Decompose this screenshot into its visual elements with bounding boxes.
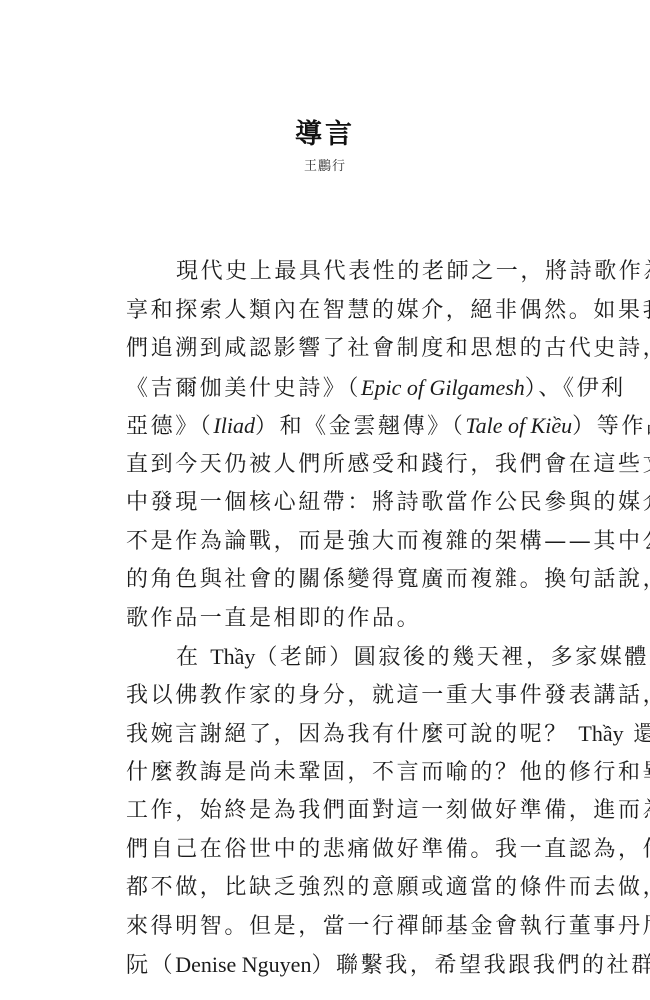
text-run: 享和探索人類內在智慧的媒介，絕非偶然。如果我	[126, 298, 650, 323]
paragraph-1: 現代史上最具代表性的老師之一，將詩歌作為分 享和探索人類內在智慧的媒介，絕非偶然…	[126, 253, 586, 638]
text-run: 們自己在俗世中的悲痛做好準備。我一直認為，什麼	[126, 837, 650, 862]
text-line: 什麼教誨是尚未鞏固，不言而喻的？他的修行和畢生	[126, 754, 586, 793]
text-line: 現代史上最具代表性的老師之一，將詩歌作為分	[126, 253, 586, 292]
chapter-title: 導言	[0, 118, 650, 152]
text-line: 的角色與社會的關係變得寬廣而複雜。換句話說，詩	[126, 561, 586, 600]
text-run: 《吉爾伽美什史詩》（	[126, 376, 361, 401]
text-run: 都不做，比缺乏強烈的意願或適當的條件而去做，要	[126, 875, 650, 900]
text-run: 在	[176, 645, 210, 670]
text-run: 們追溯到咸認影響了社會制度和思想的古代史詩，如	[126, 336, 650, 361]
text-run: 來得明智。但是，當一行禪師基金會執行董事丹尼斯．	[126, 914, 650, 939]
text-run: 歌作品一直是相即的作品。	[126, 606, 421, 631]
text-line: 都不做，比缺乏強烈的意願或適當的條件而去做，要	[126, 869, 586, 908]
text-line: 享和探索人類內在智慧的媒介，絕非偶然。如果我	[126, 292, 586, 331]
text-line: 在 Thầy（老師）圓寂後的幾天裡，多家媒體邀請	[126, 638, 586, 677]
text-run: 現代史上最具代表性的老師之一，將詩歌作為分	[176, 259, 650, 284]
text-run: 阮（	[126, 953, 175, 978]
latin-name: Denise Nguyen	[175, 952, 311, 977]
latin-term: Thầy	[578, 721, 623, 746]
text-line: 直到今天仍被人們所感受和踐行，我們會在這些文本	[126, 446, 586, 485]
book-title-latin: Iliad	[213, 413, 255, 438]
text-run: ）等作品，	[572, 414, 650, 439]
text-run: 直到今天仍被人們所感受和踐行，我們會在這些文本	[126, 452, 650, 477]
text-run: 還有	[624, 722, 650, 747]
text-run: 中發現一個核心紐帶：將詩歌當作公民參與的媒介，	[126, 490, 650, 515]
text-run: （老師）圓寂後的幾天裡，多家媒體邀請	[255, 645, 650, 670]
latin-term: Thầy	[210, 644, 255, 669]
text-run: 不是作為論戰，而是強大而複雜的架構——其中公民	[126, 529, 650, 554]
text-line: 們自己在俗世中的悲痛做好準備。我一直認為，什麼	[126, 831, 586, 870]
text-run: 我婉言謝絕了，因為我有什麼可說的呢？	[126, 722, 578, 747]
book-title-latin: Epic of Gilgamesh	[361, 375, 525, 400]
text-line: 亞德》（Iliad）和《金雲翹傳》（Tale of Kiều）等作品，	[126, 407, 586, 446]
text-run: ）、《伊利	[525, 376, 626, 401]
text-line: 《吉爾伽美什史詩》（Epic of Gilgamesh）、《伊利	[126, 369, 586, 408]
book-title-latin: Tale of Kiều	[465, 413, 572, 438]
text-run: 我以佛教作家的身分，就這一重大事件發表講話，但	[126, 683, 650, 708]
paragraph-2: 在 Thầy（老師）圓寂後的幾天裡，多家媒體邀請 我以佛教作家的身分，就這一重大…	[126, 638, 586, 985]
chapter-body: 現代史上最具代表性的老師之一，將詩歌作為分 享和探索人類內在智慧的媒介，絕非偶然…	[126, 253, 586, 985]
text-run: 亞德》（	[126, 414, 213, 439]
text-run: 什麼教誨是尚未鞏固，不言而喻的？他的修行和畢生	[126, 760, 650, 785]
text-line: 我以佛教作家的身分，就這一重大事件發表講話，但	[126, 677, 586, 716]
text-run: ）和《金雲翹傳》（	[255, 414, 465, 439]
text-line: 我婉言謝絕了，因為我有什麼可說的呢？ Thầy 還有	[126, 715, 586, 754]
text-line: 歌作品一直是相即的作品。	[126, 600, 586, 639]
text-line: 阮（Denise Nguyen）聯繫我，希望我跟我們的社群分	[126, 946, 586, 985]
text-line: 中發現一個核心紐帶：將詩歌當作公民參與的媒介，	[126, 484, 586, 523]
text-line: 們追溯到咸認影響了社會制度和思想的古代史詩，如	[126, 330, 586, 369]
text-line: 來得明智。但是，當一行禪師基金會執行董事丹尼斯．	[126, 908, 586, 947]
text-run: 的角色與社會的關係變得寬廣而複雜。換句話說，詩	[126, 567, 650, 592]
chapter-author: 王鸝行	[0, 158, 650, 176]
text-line: 工作，始終是為我們面對這一刻做好準備，進而為我	[126, 792, 586, 831]
text-line: 不是作為論戰，而是強大而複雜的架構——其中公民	[126, 523, 586, 562]
text-run: 工作，始終是為我們面對這一刻做好準備，進而為我	[126, 798, 650, 823]
text-run: ）聯繫我，希望我跟我們的社群分	[311, 953, 650, 978]
